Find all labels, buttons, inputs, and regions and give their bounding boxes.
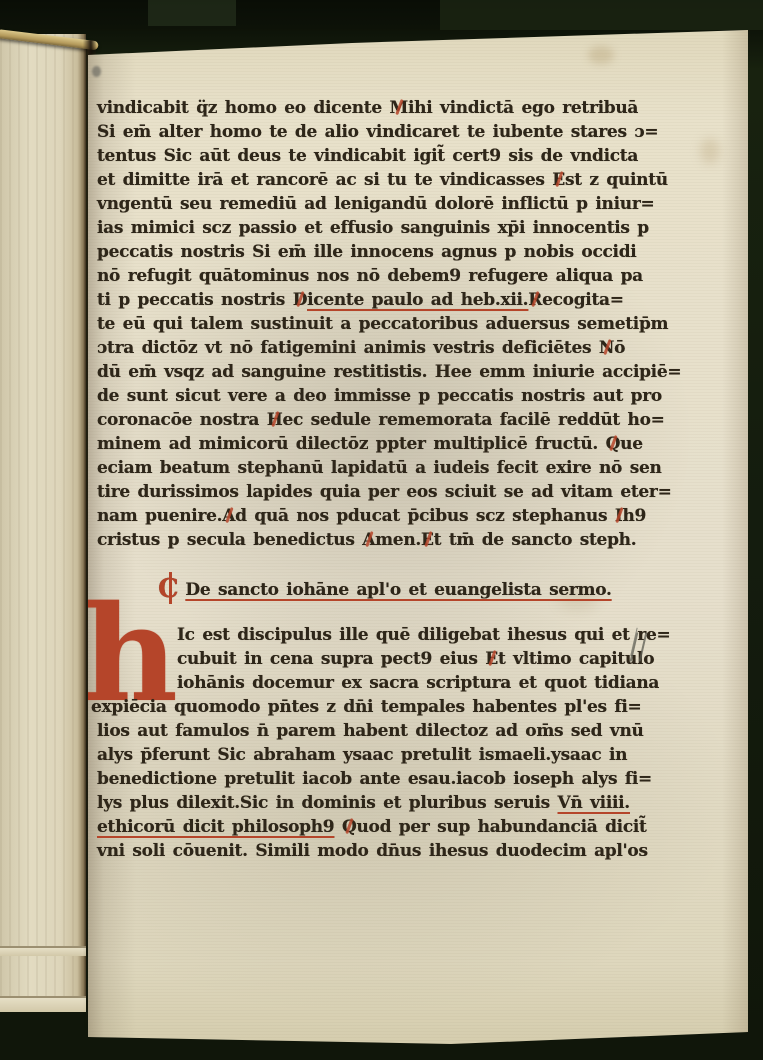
text-segment: de sunt sicut vere a deo immisse p pecca… [97,386,662,406]
text-segment: De sancto iohāne apl'o et euangelista se… [185,580,611,600]
background-patch [440,0,763,30]
text-line: nam puenire.Ad quā nos pducat p̄cibus sc… [97,504,681,528]
text-line: lios aut famulos n̄ parem habent dilecto… [97,719,670,743]
text-segment: I [615,506,623,526]
text-segment: tire durissimos lapides quia per eos sci… [97,482,672,502]
text-segment: alys p̄ferunt Sic abraham ysaac pretulit… [97,745,627,765]
text-segment: icente paulo ad heb.xii. [307,290,528,310]
text-segment: t tm̄ de sancto steph. [434,530,637,550]
text-line: vindicabit q̈z homo eo dicente Mihi vind… [97,96,681,120]
text-segment: Ic est discipulus ille quē diligebat ihe… [177,625,670,645]
text-segment: expiēcia quomodo pn̄tes z dn̄i tempales … [91,697,642,717]
text-line: tire durissimos lapides quia per eos sci… [97,480,681,504]
text-line: alys p̄ferunt Sic abraham ysaac pretulit… [97,743,670,767]
text-segment: tentus Sic aūt deus te vindicabit igit̃ … [97,146,638,166]
text-segment: E [421,530,434,550]
text-line: coronacōe nostra Hec sedule rememorata f… [97,408,681,432]
page-edge-line [0,996,86,1012]
text-line: ɔtra dictōz vt nō fatigemini animis vest… [97,336,681,360]
text-line: te eū qui talem sustinuit a peccatoribus… [97,312,681,336]
text-line: cubuit in cena supra pect9 eius Et vltim… [177,647,670,671]
text-block-sermon: Ic est discipulus ille quē diligebat ihe… [97,623,670,863]
text-segment: A [222,506,235,526]
text-line: CDe sancto iohāne apl'o et euangelista s… [158,575,612,599]
text-segment: ethicorū dicit philosoph9 [97,817,334,837]
book-scan-photo: vindicabit q̈z homo eo dicente Mihi vind… [0,0,763,1060]
text-line: nō refugit quātominus nos nō debem9 refu… [97,264,681,288]
text-segment: Si em̄ alter homo te de alio vindicaret … [97,122,658,142]
paper-speck [92,66,101,77]
text-segment: E [552,170,565,190]
text-segment: peccatis nostris Si em̄ ille innocens ag… [97,242,636,262]
text-line: expiēcia quomodo pn̄tes z dn̄i tempales … [91,695,670,719]
text-segment: benedictione pretulit iacob ante esau.ia… [97,769,652,789]
text-segment: ihi vindictā ego retribuā [408,98,638,118]
text-segment: ecogita= [542,290,624,310]
text-segment: Q [342,817,357,837]
text-line: minem ad mimicorū dilectōz ppter multipl… [97,432,681,456]
text-line: Si em̄ alter homo te de alio vindicaret … [97,120,681,144]
text-segment: A [362,530,375,550]
text-line: benedictione pretulit iacob ante esau.ia… [97,767,670,791]
text-line: iohānis docemur ex sacra scriptura et qu… [177,671,670,695]
text-segment: dū em̄ vsqz ad sanguine restitistis. Hee… [97,362,681,382]
text-segment: Q [606,434,621,454]
text-segment: men. [375,530,421,550]
marginal-pen-mark [628,628,652,668]
text-segment: vindicabit q̈z homo eo dicente [97,98,389,118]
text-segment: et dimitte irā et rancorē ac si tu te vi… [97,170,552,190]
text-line: vni soli cōuenit. Simili modo dn̄us ihes… [97,839,670,863]
text-line: de sunt sicut vere a deo immisse p pecca… [97,384,681,408]
text-segment: cubuit in cena supra pect9 eius [177,649,485,669]
text-segment: uod per sup habundanciā dicit̃ [356,817,646,837]
text-block-upper: vindicabit q̈z homo eo dicente Mihi vind… [97,96,681,552]
text-line: lys plus dilexit.Sic in dominis et pluri… [97,791,670,815]
text-segment: ec sedule rememorata facilē reddūt ho= [282,410,664,430]
section-heading: CDe sancto iohāne apl'o et euangelista s… [158,575,612,599]
text-segment: eciam beatum stephanū lapidatū a iudeis … [97,458,662,478]
text-line: Ic est discipulus ille quē diligebat ihe… [177,623,670,647]
text-line: vngentū seu remediū ad lenigandū dolorē … [97,192,681,216]
text-line: ias mimici scz passio et effusio sanguin… [97,216,681,240]
text-segment: iohānis docemur ex sacra scriptura et qu… [177,673,659,693]
text-segment: ue [620,434,643,454]
text-segment: st z quintū [565,170,668,190]
text-segment: N [599,338,614,358]
text-segment: d quā nos pducat p̄cibus scz stephanus [235,506,615,526]
facing-page-edges [0,34,86,1010]
text-segment: h9 [623,506,647,526]
text-segment: ō [614,338,625,358]
text-segment: cristus p secula benedictus [97,530,362,550]
text-segment: nam puenire. [97,506,222,526]
text-line: dū em̄ vsqz ad sanguine restitistis. Hee… [97,360,681,384]
text-segment: vngentū seu remediū ad lenigandū dolorē … [97,194,654,214]
text-segment: D [293,290,307,310]
text-segment: ɔtra dictōz vt nō fatigemini animis vest… [97,338,599,358]
text-segment: Vn̄ viiii. [558,793,630,813]
background-patch [148,0,236,26]
text-segment: lios aut famulos n̄ parem habent dilecto… [97,721,644,741]
text-line: ethicorū dicit philosoph9 Quod per sup h… [97,815,670,839]
text-line: tentus Sic aūt deus te vindicabit igit̃ … [97,144,681,168]
text-segment: M [389,98,408,118]
text-segment: coronacōe nostra [97,410,267,430]
text-segment: ias mimici scz passio et effusio sanguin… [97,218,649,238]
page-edge-line [0,946,86,956]
paper-stain [700,138,720,164]
text-segment: minem ad mimicorū dilectōz ppter multipl… [97,434,606,454]
text-segment: E [485,649,498,669]
text-segment: lys plus dilexit.Sic in dominis et pluri… [97,793,558,813]
text-segment: nō refugit quātominus nos nō debem9 refu… [97,266,643,286]
text-line: eciam beatum stephanū lapidatū a iudeis … [97,456,681,480]
text-line: peccatis nostris Si em̄ ille innocens ag… [97,240,681,264]
text-segment: te eū qui talem sustinuit a peccatoribus… [97,314,668,334]
book-page: vindicabit q̈z homo eo dicente Mihi vind… [88,28,748,1044]
text-line: cristus p secula benedictus Amen.Et tm̄ … [97,528,681,552]
text-segment: ti p peccatis nostris [97,290,293,310]
text-line: ti p peccatis nostris Dicente paulo ad h… [97,288,681,312]
text-line: et dimitte irā et rancorē ac si tu te vi… [97,168,681,192]
paper-stain [588,46,614,64]
text-segment [334,817,342,837]
text-segment: vni soli cōuenit. Simili modo dn̄us ihes… [97,841,648,861]
text-segment: R [528,290,542,310]
text-segment: H [267,410,283,430]
